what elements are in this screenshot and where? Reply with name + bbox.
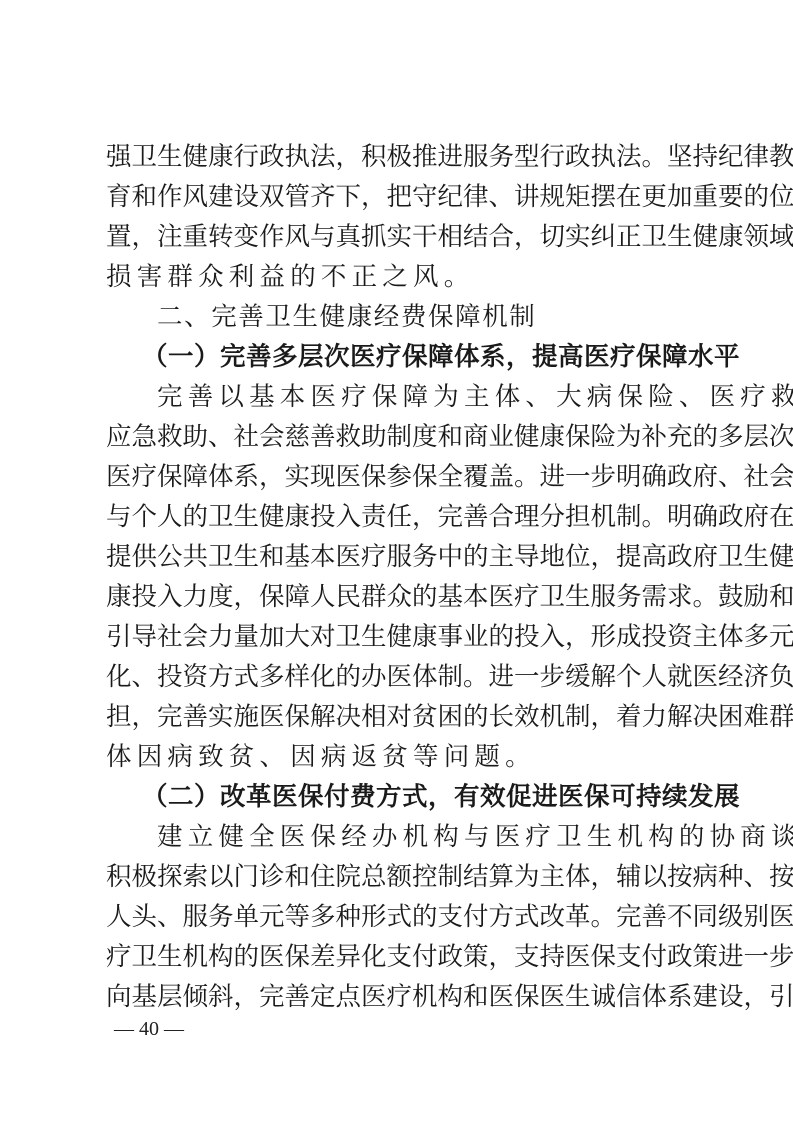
paragraph-line: 体因病致贫、因病返贫等问题。 (106, 737, 692, 777)
paragraph-line: 担，完善实施医保解决相对贫困的长效机制，着力解决困难群 (106, 697, 692, 737)
paragraph-line: 应急救助、社会慈善救助制度和商业健康保险为补充的多层次 (106, 417, 692, 457)
subsection-heading-2: （二）改革医保付费方式，有效促进医保可持续发展 (106, 777, 692, 817)
paragraph-line: 引导社会力量加大对卫生健康事业的投入，形成投资主体多元 (106, 617, 692, 657)
paragraph-line: 强卫生健康行政执法，积极推进服务型行政执法。坚持纪律教 (106, 137, 692, 177)
paragraph-line: 损害群众利益的不正之风。 (106, 257, 692, 297)
document-body: 强卫生健康行政执法，积极推进服务型行政执法。坚持纪律教 育和作风建设双管齐下，把… (106, 137, 692, 1017)
paragraph-line: 置，注重转变作风与真抓实干相结合，切实纠正卫生健康领域 (106, 217, 692, 257)
paragraph-line: 化、投资方式多样化的办医体制。进一步缓解个人就医经济负 (106, 657, 692, 697)
paragraph-line: 完善以基本医疗保障为主体、大病保险、医疗救助、疾病 (106, 377, 692, 417)
section-title: 二、完善卫生健康经费保障机制 (106, 297, 692, 337)
paragraph-line: 向基层倾斜，完善定点医疗机构和医保医生诚信体系建设，引 (106, 977, 692, 1017)
paragraph-line: 育和作风建设双管齐下，把守纪律、讲规矩摆在更加重要的位 (106, 177, 692, 217)
paragraph-line: 提供公共卫生和基本医疗服务中的主导地位，提高政府卫生健 (106, 537, 692, 577)
paragraph-line: 康投入力度，保障人民群众的基本医疗卫生服务需求。鼓励和 (106, 577, 692, 617)
paragraph-line: 医疗保障体系，实现医保参保全覆盖。进一步明确政府、社会 (106, 457, 692, 497)
subsection-heading-1: （一）完善多层次医疗保障体系，提高医疗保障水平 (106, 337, 692, 377)
paragraph-line: 疗卫生机构的医保差异化支付政策，支持医保支付政策进一步 (106, 937, 692, 977)
paragraph-line: 与个人的卫生健康投入责任，完善合理分担机制。明确政府在 (106, 497, 692, 537)
paragraph-line: 人头、服务单元等多种形式的支付方式改革。完善不同级别医 (106, 897, 692, 937)
paragraph-line: 积极探索以门诊和住院总额控制结算为主体，辅以按病种、按 (106, 857, 692, 897)
paragraph-line: 建立健全医保经办机构与医疗卫生机构的协商谈判机制， (106, 817, 692, 857)
page-number: — 40 — (114, 1018, 184, 1041)
